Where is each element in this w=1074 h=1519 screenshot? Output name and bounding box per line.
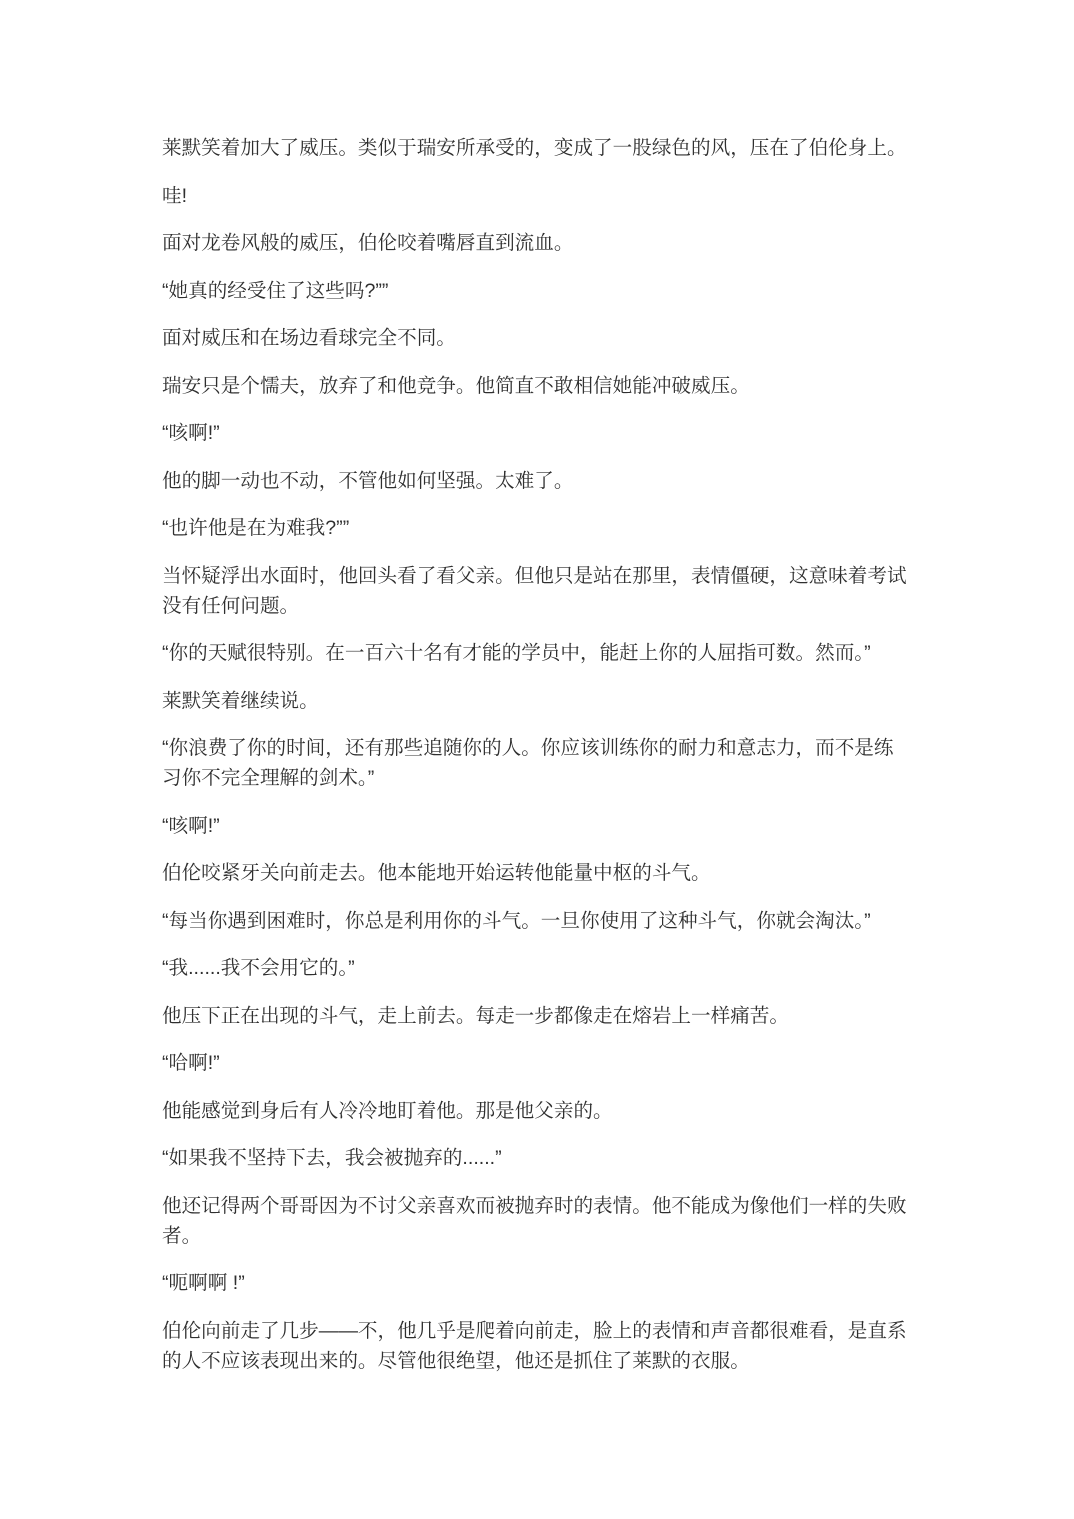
paragraph: 莱默笑着加大了威压。类似于瑞安所承受的，变成了一股绿色的风，压在了伯伦身上。 xyxy=(162,133,922,163)
paragraph: 他还记得两个哥哥因为不讨父亲喜欢而被抛弃时的表情。他不能成为像他们一样的失败 者… xyxy=(162,1191,922,1251)
paragraph-quote: “每当你遇到困难时，你总是利用你的斗气。一旦你使用了这种斗气，你就会淘汰。” xyxy=(162,906,922,936)
paragraph-quote: “如果我不坚持下去，我会被抛弃的......” xyxy=(162,1143,922,1173)
paragraph: 伯伦咬紧牙关向前走去。他本能地开始运转他能量中枢的斗气。 xyxy=(162,858,922,888)
paragraph: 莱默笑着继续说。 xyxy=(162,686,922,716)
paragraph: 哇! xyxy=(162,181,922,211)
paragraph: 面对龙卷风般的威压，伯伦咬着嘴唇直到流血。 xyxy=(162,228,922,258)
paragraph-quote: “咳啊!” xyxy=(162,418,922,448)
paragraph: 伯伦向前走了几步——不，他几乎是爬着向前走，脸上的表情和声音都很难看，是直系 的… xyxy=(162,1316,922,1376)
paragraph-quote: “呃啊啊 !” xyxy=(162,1268,922,1298)
paragraph: 当怀疑浮出水面时，他回头看了看父亲。但他只是站在那里，表情僵硬，这意味着考试 没… xyxy=(162,561,922,621)
paragraph-quote: “你的天赋很特别。在一百六十名有才能的学员中，能赶上你的人屈指可数。然而。” xyxy=(162,638,922,668)
paragraph-quote: “她真的经受住了这些吗?”” xyxy=(162,276,922,306)
paragraph: 面对威压和在场边看球完全不同。 xyxy=(162,323,922,353)
paragraph: 他能感觉到身后有人冷冷地盯着他。那是他父亲的。 xyxy=(162,1096,922,1126)
paragraph-quote: “也许他是在为难我?”” xyxy=(162,513,922,543)
paragraph-quote: “哈啊!” xyxy=(162,1048,922,1078)
paragraph: 他压下正在出现的斗气，走上前去。每走一步都像走在熔岩上一样痛苦。 xyxy=(162,1001,922,1031)
paragraph: 瑞安只是个懦夫，放弃了和他竞争。他简直不敢相信她能冲破威压。 xyxy=(162,371,922,401)
paragraph-quote: “你浪费了你的时间，还有那些追随你的人。你应该训练你的耐力和意志力，而不是练 习… xyxy=(162,733,922,793)
paragraph-quote: “我......我不会用它的。” xyxy=(162,953,922,983)
document-page: 莱默笑着加大了威压。类似于瑞安所承受的，变成了一股绿色的风，压在了伯伦身上。 哇… xyxy=(0,0,1074,1519)
paragraph: 他的脚一动也不动，不管他如何坚强。太难了。 xyxy=(162,466,922,496)
paragraph-quote: “咳啊!” xyxy=(162,811,922,841)
